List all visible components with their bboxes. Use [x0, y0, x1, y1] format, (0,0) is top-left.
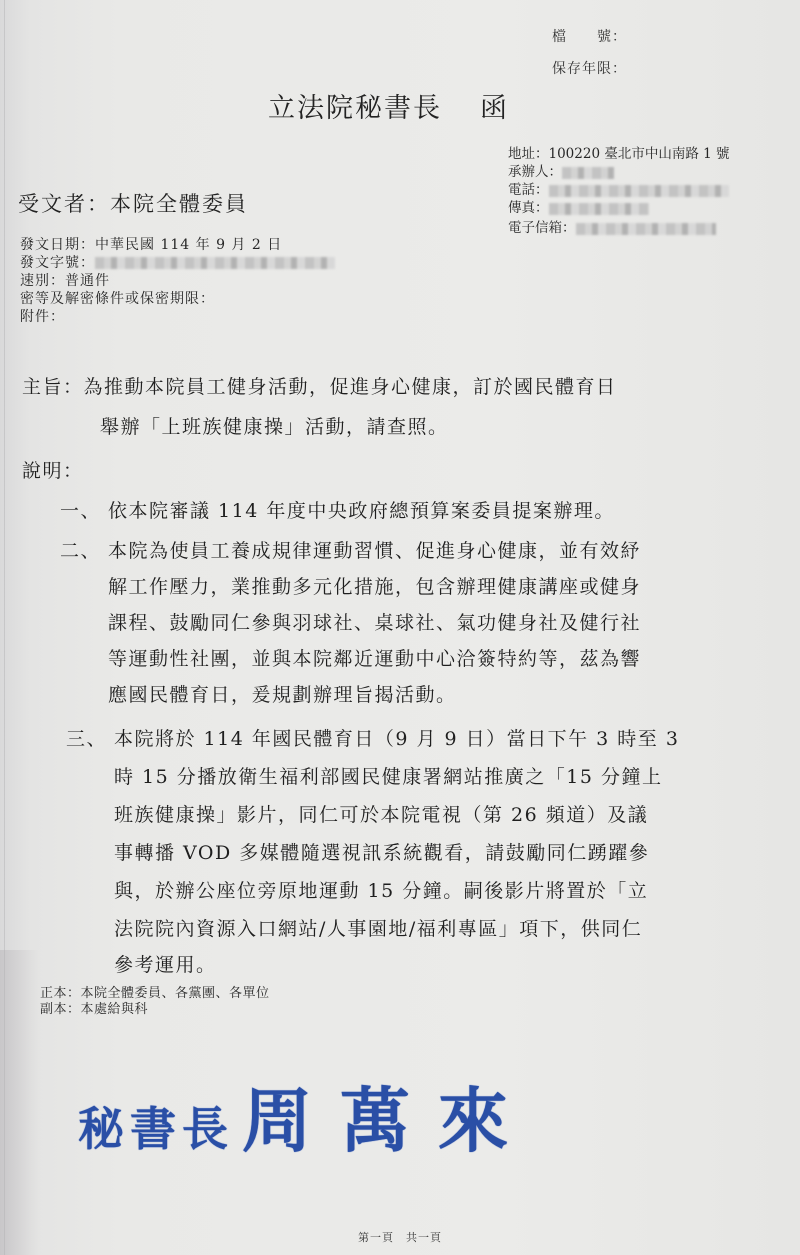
item-2-line: 應國民體育日，爰規劃辦理旨揭活動。: [108, 680, 457, 707]
redacted-phone: [549, 185, 729, 197]
item-2-number: 二、: [60, 536, 101, 563]
signature-stamp: 秘書長周萬來: [78, 1065, 536, 1166]
item-1-line: 依本院審議 114 年度中央政府總預算案委員提案辦理。: [108, 496, 615, 523]
handler-label: 承辦人：: [508, 164, 562, 180]
item-1-number: 一、: [60, 496, 101, 523]
retention-period-label: 保存年限：: [552, 58, 627, 78]
subject-line-2: 舉辦「上班族健康操」活動，請查照。: [100, 412, 449, 439]
doc-number-row: 發文字號：: [20, 254, 335, 272]
redacted-email: [576, 223, 716, 235]
item-3-line: 本院將於 114 年國民體育日（9 月 9 日）當日下午 3 時至 3: [114, 724, 679, 751]
subject-line-1: 主旨：為推動本院員工健身活動，促進身心健康，訂於國民體育日: [22, 372, 617, 399]
file-number-label: 檔 號：: [552, 26, 627, 46]
item-3-line: 事轉播 VOD 多媒體隨選視訊系統觀看，請鼓勵同仁踴躍參: [114, 838, 649, 865]
redacted-fax: [549, 203, 649, 215]
recipient: 受文者：本院全體委員: [18, 188, 248, 218]
document-title: 立法院秘書長函: [268, 86, 509, 125]
signature-name: 周萬來: [242, 1079, 536, 1162]
fax-row: 傳真：: [508, 200, 649, 217]
email-label: 電子信箱：: [508, 220, 576, 236]
email-row: 電子信箱：: [508, 220, 716, 237]
item-2-line: 課程、鼓勵同仁參與羽球社、桌球社、氣功健身社及健行社: [108, 608, 641, 635]
issuer: 立法院秘書長: [268, 93, 442, 124]
attachments: 附件：: [20, 308, 65, 326]
item-3-line: 法院院內資源入口網站/人事園地/福利專區」項下，供同仁: [114, 914, 642, 941]
phone-label: 電話：: [508, 182, 549, 198]
item-2-line: 等運動性社團，並與本院鄰近運動中心洽簽特約等，茲為響: [108, 644, 641, 671]
page-number: 第一頁 共一頁: [0, 1229, 800, 1245]
signature-title: 秘書長: [78, 1102, 234, 1156]
item-3-line: 時 15 分播放衛生福利部國民健康署網站推廣之「15 分鐘上: [114, 762, 662, 789]
redacted-doc-number: [95, 257, 335, 269]
item-2-line: 本院為使員工養成規律運動習慣、促進身心健康，並有效紓: [108, 536, 641, 563]
copy-recipients: 副本：本處給與科: [40, 998, 148, 1017]
issue-date: 發文日期：中華民國 114 年 9 月 2 日: [20, 236, 282, 254]
address: 地址：100220 臺北市中山南路 1 號: [508, 146, 730, 163]
doc-type: 函: [480, 93, 509, 124]
item-2-line: 解工作壓力，業推動多元化措施，包含辦理健康講座或健身: [108, 572, 641, 599]
fax-label: 傳真：: [508, 200, 549, 216]
speed: 速別：普通件: [20, 272, 110, 290]
item-3-line: 班族健康操」影片，同仁可於本院電視（第 26 頻道）及議: [114, 800, 648, 827]
item-3-number: 三、: [66, 724, 107, 751]
doc-number-label: 發文字號：: [20, 255, 95, 271]
paper-shadow: [0, 950, 40, 1255]
item-3-line: 參考運用。: [114, 950, 217, 977]
handler-row: 承辦人：: [508, 164, 614, 181]
security-level: 密等及解密條件或保密期限：: [20, 290, 215, 308]
item-3-line: 與，於辦公座位旁原地運動 15 分鐘。嗣後影片將置於「立: [114, 876, 648, 903]
phone-row: 電話：: [508, 182, 729, 199]
redacted-handler: [562, 167, 614, 179]
explanation-heading: 說明：: [22, 456, 84, 483]
